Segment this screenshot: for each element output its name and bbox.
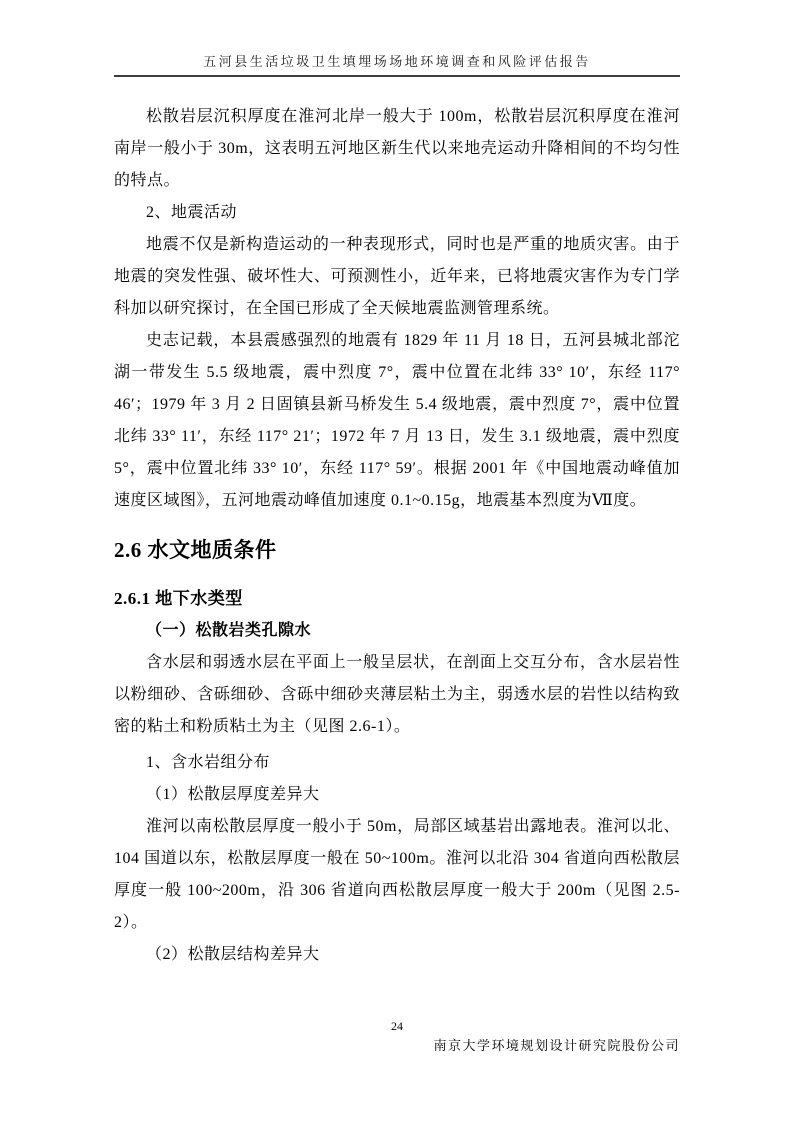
paragraph-loose-rock-thickness: 松散岩层沉积厚度在淮河北岸一般大于 100m，松散岩层沉积厚度在淮河南岸一般小于…	[114, 101, 680, 197]
paragraph-earthquake-intro: 地震不仅是新构造运动的一种表现形式，同时也是严重的地质灾害。由于地震的突发性强、…	[114, 229, 680, 325]
heading-pore-water: （一）松散岩类孔隙水	[114, 615, 680, 647]
footer-company-name: 南京大学环境规划设计研究院股份公司	[114, 1037, 680, 1055]
paragraph-historical-earthquakes: 史志记载，本县震感强烈的地震有 1829 年 11 月 18 日，五河县城北部沱…	[114, 325, 680, 517]
list-label-aquifer-distribution: 1、含水岩组分布	[114, 747, 680, 779]
page-number: 24	[114, 1018, 680, 1034]
list-label-seismic-activity: 2、地震活动	[114, 197, 680, 229]
report-header-title: 五河县生活垃圾卫生填埋场场地环境调查和风险评估报告	[114, 53, 680, 77]
heading-2-6-hydrogeology: 2.6 水文地质条件	[114, 533, 680, 567]
heading-2-6-1-groundwater-types: 2.6.1 地下水类型	[114, 583, 680, 615]
paragraph-thickness-detail: 淮河以南松散层厚度一般小于 50m，局部区域基岩出露地表。淮河以北、104 国道…	[114, 811, 680, 939]
list-label-structure-difference: （2）松散层结构差异大	[114, 939, 680, 971]
paragraph-aquifer-lithology: 含水层和弱透水层在平面上一般呈层状，在剖面上交互分布，含水层岩性以粉细砂、含砾细…	[114, 647, 680, 743]
list-label-thickness-difference: （1）松散层厚度差异大	[114, 779, 680, 811]
document-page: 五河县生活垃圾卫生填埋场场地环境调查和风险评估报告 松散岩层沉积厚度在淮河北岸一…	[0, 0, 793, 1122]
document-body: 松散岩层沉积厚度在淮河北岸一般大于 100m，松散岩层沉积厚度在淮河南岸一般小于…	[114, 101, 680, 971]
